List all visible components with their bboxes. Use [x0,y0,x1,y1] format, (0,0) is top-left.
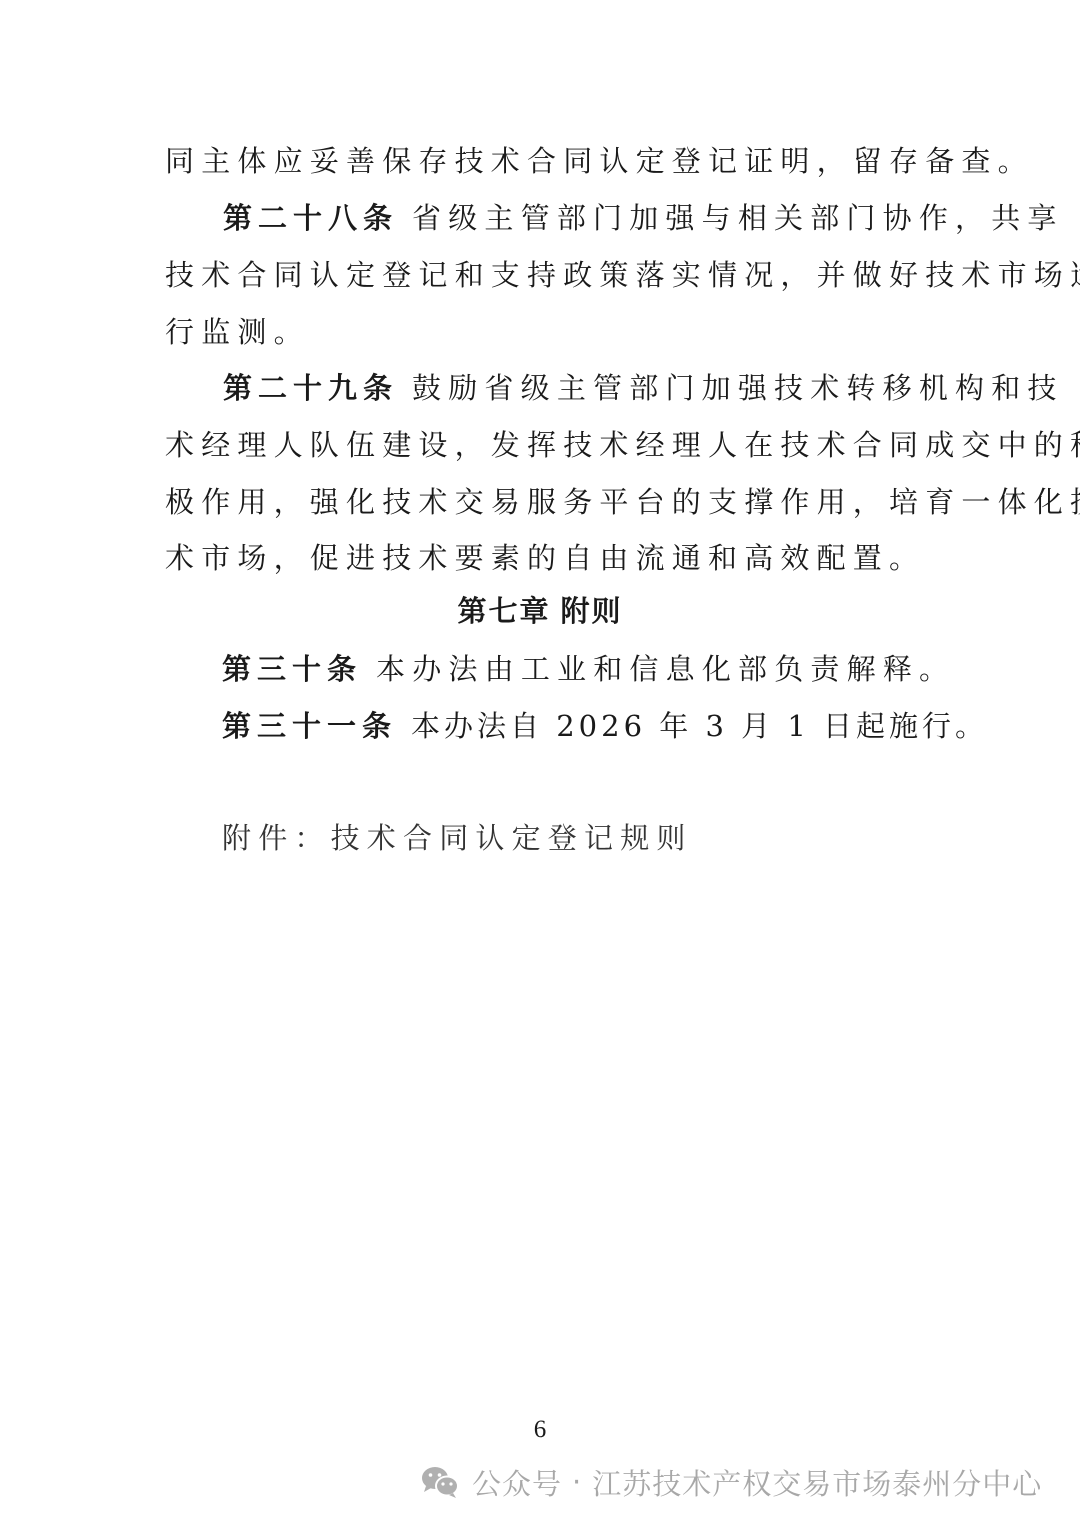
line-text: 本办法由工业和信息化部负责解释。 [376,652,955,686]
line-text: 技术合同认定登记和支持政策落实情况，并做好技术市场运 [165,258,1080,292]
document-page: 同主体应妥善保存技术合同认定登记证明，留存备查。 第二十八条省级主管部门加强与相… [0,0,1080,1527]
watermark-prefix: 公众号 [472,1462,562,1503]
watermark-separator: · [572,1465,582,1499]
line-text: 极作用，强化技术交易服务平台的支撑作用，培育一体化技 [165,485,1080,519]
watermark: 公众号 · 江苏技术产权交易市场泰州分中心 [420,1462,1042,1502]
article-number: 第三十条 [222,652,362,686]
chapter-number: 第七章 [457,594,550,628]
line-text: 术经理人队伍建设，发挥技术经理人在技术合同成交中的积 [165,428,1080,462]
chapter-title: 附则 [561,594,623,628]
chapter-heading: 第七章附则 [0,593,1080,629]
paragraph-line: 技术合同认定登记和支持政策落实情况，并做好技术市场运 [165,257,925,293]
attachment-line: 附件：技术合同认定登记规则 [222,820,922,856]
line-text: 省级主管部门加强与相关部门协作，共享 [412,201,1064,235]
article-29-line: 第二十九条鼓励省级主管部门加强技术转移机构和技 [223,370,923,406]
line-text: 术市场，促进技术要素的自由流通和高效配置。 [165,541,925,575]
article-number: 第三十一条 [222,709,397,743]
paragraph-line: 行监测。 [165,314,925,350]
paragraph-line: 术市场，促进技术要素的自由流通和高效配置。 [165,540,925,576]
line-text: 行监测。 [165,315,310,349]
article-31-line: 第三十一条本办法自 2026 年 3 月 1 日起施行。 [222,708,922,744]
wechat-icon [420,1464,460,1500]
watermark-account-name: 江苏技术产权交易市场泰州分中心 [592,1462,1042,1503]
article-number: 第二十九条 [223,371,398,405]
paragraph-line: 术经理人队伍建设，发挥技术经理人在技术合同成交中的积 [165,427,925,463]
page-number: 6 [0,1416,1080,1444]
line-text: 鼓励省级主管部门加强技术转移机构和技 [412,371,1064,405]
line-text: 本办法自 2026 年 3 月 1 日起施行。 [411,709,988,743]
article-30-line: 第三十条本办法由工业和信息化部负责解释。 [222,651,922,687]
line-text: 同主体应妥善保存技术合同认定登记证明，留存备查。 [165,144,1034,178]
paragraph-line: 极作用，强化技术交易服务平台的支撑作用，培育一体化技 [165,484,925,520]
article-28-line: 第二十八条省级主管部门加强与相关部门协作，共享 [223,200,923,236]
article-number: 第二十八条 [223,201,398,235]
paragraph-line: 同主体应妥善保存技术合同认定登记证明，留存备查。 [165,143,925,179]
attachment-text: 附件：技术合同认定登记规则 [222,821,693,855]
